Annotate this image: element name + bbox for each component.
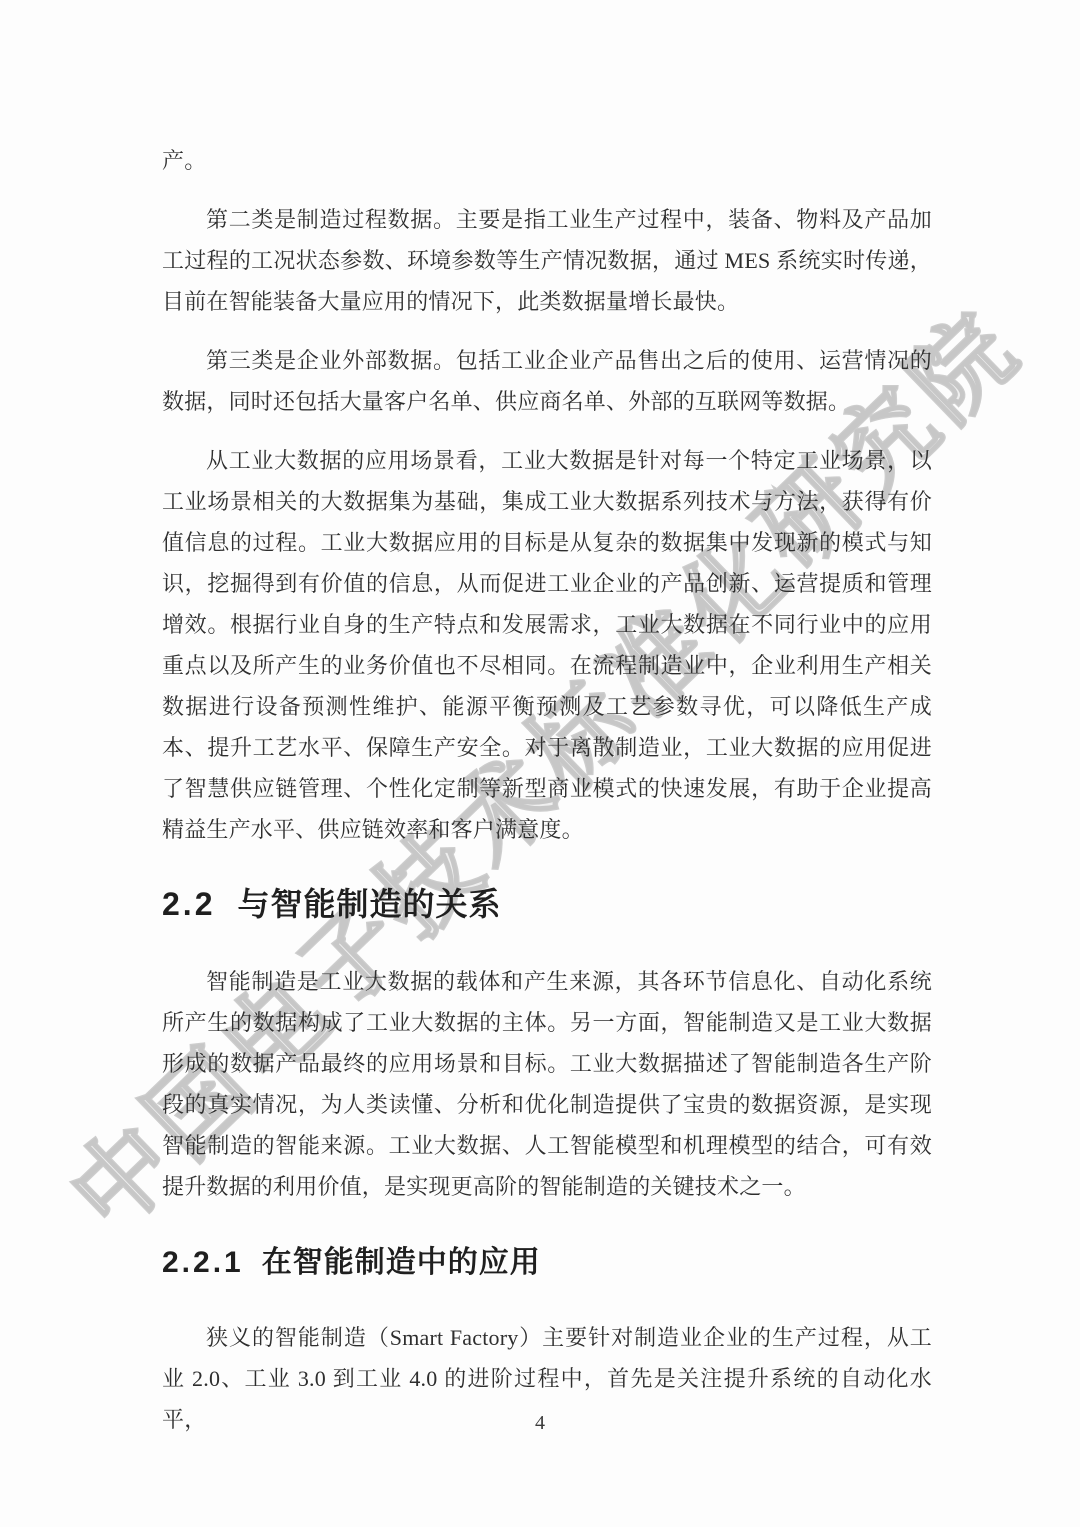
subsection-number: 2.2.1	[162, 1246, 244, 1279]
paragraph-application-scenarios: 从工业大数据的应用场景看，工业大数据是针对每一个特定工业场景，以工业场景相关的大…	[162, 440, 932, 850]
page-number: 4	[0, 1412, 1080, 1435]
paragraph-external-enterprise-data: 第三类是企业外部数据。包括工业企业产品售出之后的使用、运营情况的数据，同时还包括…	[162, 340, 932, 422]
section-heading-2-2: 2.2与智能制造的关系	[162, 882, 932, 926]
section-number: 2.2	[162, 886, 215, 922]
paragraph-smart-manufacturing-relation: 智能制造是工业大数据的载体和产生来源，其各环节信息化、自动化系统所产生的数据构成…	[162, 961, 932, 1207]
subsection-heading-2-2-1: 2.2.1在智能制造中的应用	[162, 1242, 932, 1284]
paragraph-continuation: 产。	[162, 140, 932, 181]
section-title: 与智能制造的关系	[237, 886, 501, 922]
paragraph-manufacturing-process-data: 第二类是制造过程数据。主要是指工业生产过程中，装备、物料及产品加工过程的工况状态…	[162, 199, 932, 322]
subsection-title: 在智能制造中的应用	[262, 1246, 541, 1279]
page-content: 产。 第二类是制造过程数据。主要是指工业生产过程中，装备、物料及产品加工过程的工…	[162, 140, 932, 1458]
document-page: 中国电子技术标准化研究院 产。 第二类是制造过程数据。主要是指工业生产过程中，装…	[0, 0, 1080, 1527]
